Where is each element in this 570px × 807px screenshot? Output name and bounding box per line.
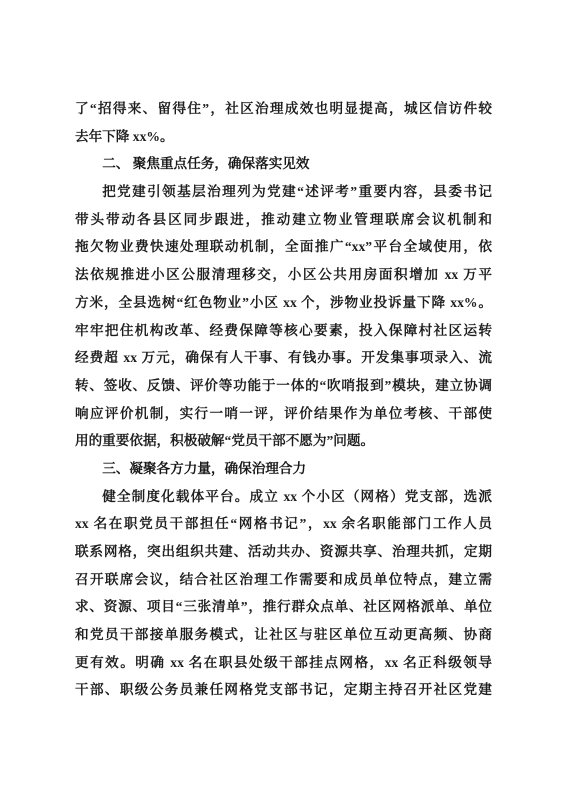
doc-line-17: 联系网格，突出组织共建、活动共办、资源共享、治理共抓，定期 [75, 538, 492, 566]
doc-line-20: 和党员干部接单服务模式，让社区与驻区单位互动更高频、协商 [75, 621, 492, 649]
doc-line-19: 求、资源、项目“三张清单”，推行群众点单、社区网格派单、单位 [75, 593, 492, 621]
doc-line-13: 用的重要依据，积极破解“党员干部不愿为”问题。 [75, 427, 492, 455]
doc-line-21: 更有效。明确 xx 名在职县处级干部挂点网格，xx 名正科级领导 [75, 649, 492, 677]
document-text-block: 了“招得来、留得住”，社区治理成效也明显提高，城区信访件较 去年下降 xx%。 … [75, 95, 492, 704]
doc-line-10: 经费超 xx 万元，确保有人干事、有钱办事。开发集事项录入、流 [75, 344, 492, 372]
doc-line-08: 方米，全县选树“红色物业”小区 xx 个，涉物业投诉量下降 xx%。 [75, 289, 492, 317]
doc-line-11: 转、签收、反馈、评价等功能于一体的“吹哨报到”模块，建立协调 [75, 372, 492, 400]
doc-line-01: 了“招得来、留得住”，社区治理成效也明显提高，城区信访件较 [75, 95, 492, 123]
heading-section-2: 二、 聚焦重点任务，确保落实见效 [75, 150, 492, 178]
doc-line-04: 把党建引领基层治理列为党建“述评考”重要内容，县委书记 [75, 178, 492, 206]
doc-line-02: 去年下降 xx%。 [75, 123, 492, 151]
doc-line-06: 拖欠物业费快速处理联动机制，全面推广“xx”平台全域使用，依 [75, 233, 492, 261]
doc-line-12: 响应评价机制，实行一哨一评，评价结果作为单位考核、干部使 [75, 400, 492, 428]
heading-section-3: 三、凝聚各方力量，确保治理合力 [75, 455, 492, 483]
doc-line-09: 牢牢把住机构改革、经费保障等核心要素，投入保障村社区运转 [75, 317, 492, 345]
doc-line-05: 带头带动各县区同步跟进，推动建立物业管理联席会议机制和 [75, 206, 492, 234]
doc-line-22: 干部、职级公务员兼任网格党支部书记，定期主持召开社区党建 [75, 676, 492, 704]
document-page: 了“招得来、留得住”，社区治理成效也明显提高，城区信访件较 去年下降 xx%。 … [0, 0, 570, 807]
doc-line-16: xx 名在职党员干部担任“网格书记”，xx 余名职能部门工作人员 [75, 510, 492, 538]
doc-line-18: 召开联席会议，结合社区治理工作需要和成员单位特点，建立需 [75, 566, 492, 594]
doc-line-15: 健全制度化载体平台。成立 xx 个小区（网格）党支部，选派 [75, 483, 492, 511]
doc-line-07: 法依规推进小区公服清理移交，小区公共用房面积增加 xx 万平 [75, 261, 492, 289]
